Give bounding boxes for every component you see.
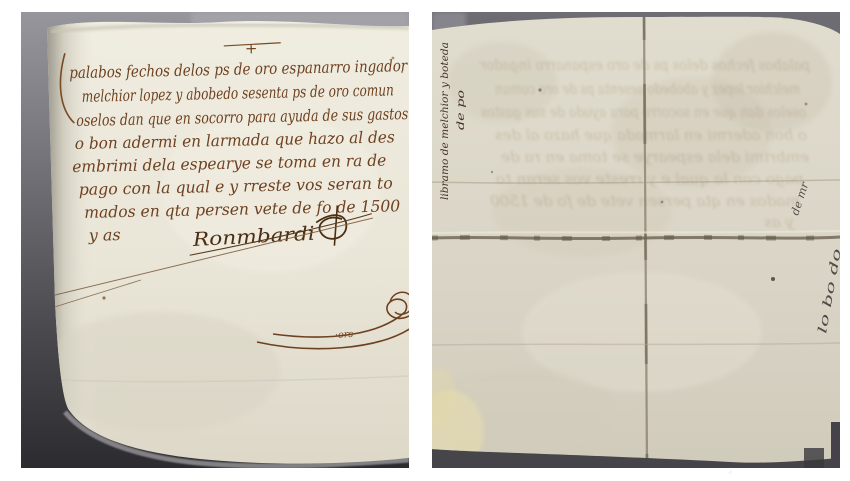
paper-shade bbox=[41, 312, 281, 432]
photo-verso: palabos fechos delos ps de oro espanarro… bbox=[432, 12, 840, 468]
invocation-cross: + bbox=[245, 39, 258, 57]
background-shadow-strip bbox=[804, 448, 824, 468]
showthrough-line: pago con la qual e y rreste vos seran to bbox=[496, 170, 804, 188]
ink-speck bbox=[491, 171, 493, 173]
showthrough-line: o bon adermi en larmada que hazo al des bbox=[495, 126, 807, 144]
ink-speck bbox=[771, 277, 775, 281]
caption-fragment: ⁖ bbox=[728, 469, 732, 477]
ink-speck bbox=[102, 296, 105, 299]
spine-note-line2: de po bbox=[455, 90, 467, 130]
showthrough-line: y as bbox=[764, 213, 795, 231]
manuscript-text-block: + palabos fechos delos ps de oro espanar… bbox=[60, 36, 409, 245]
rubric-mark: ·ors· bbox=[335, 329, 357, 341]
ink-speck bbox=[538, 88, 541, 91]
showthrough-line: embrimi dela espearye se toma en ra de bbox=[501, 148, 809, 166]
recto-svg: + palabos fechos delos ps de oro espanar… bbox=[21, 12, 409, 468]
ink-speck bbox=[661, 201, 664, 204]
photo-recto: + palabos fechos delos ps de oro espanar… bbox=[21, 12, 409, 468]
spine-note-line1: libramo de melchior y boteda bbox=[439, 42, 451, 200]
ink-speck bbox=[392, 57, 395, 60]
ink-speck bbox=[401, 71, 403, 73]
ink-speck bbox=[805, 103, 808, 106]
manuscript-line: y as bbox=[88, 225, 121, 245]
background-corner-strip bbox=[831, 422, 840, 468]
verso-svg: palabos fechos delos ps de oro espanarro… bbox=[432, 12, 840, 468]
